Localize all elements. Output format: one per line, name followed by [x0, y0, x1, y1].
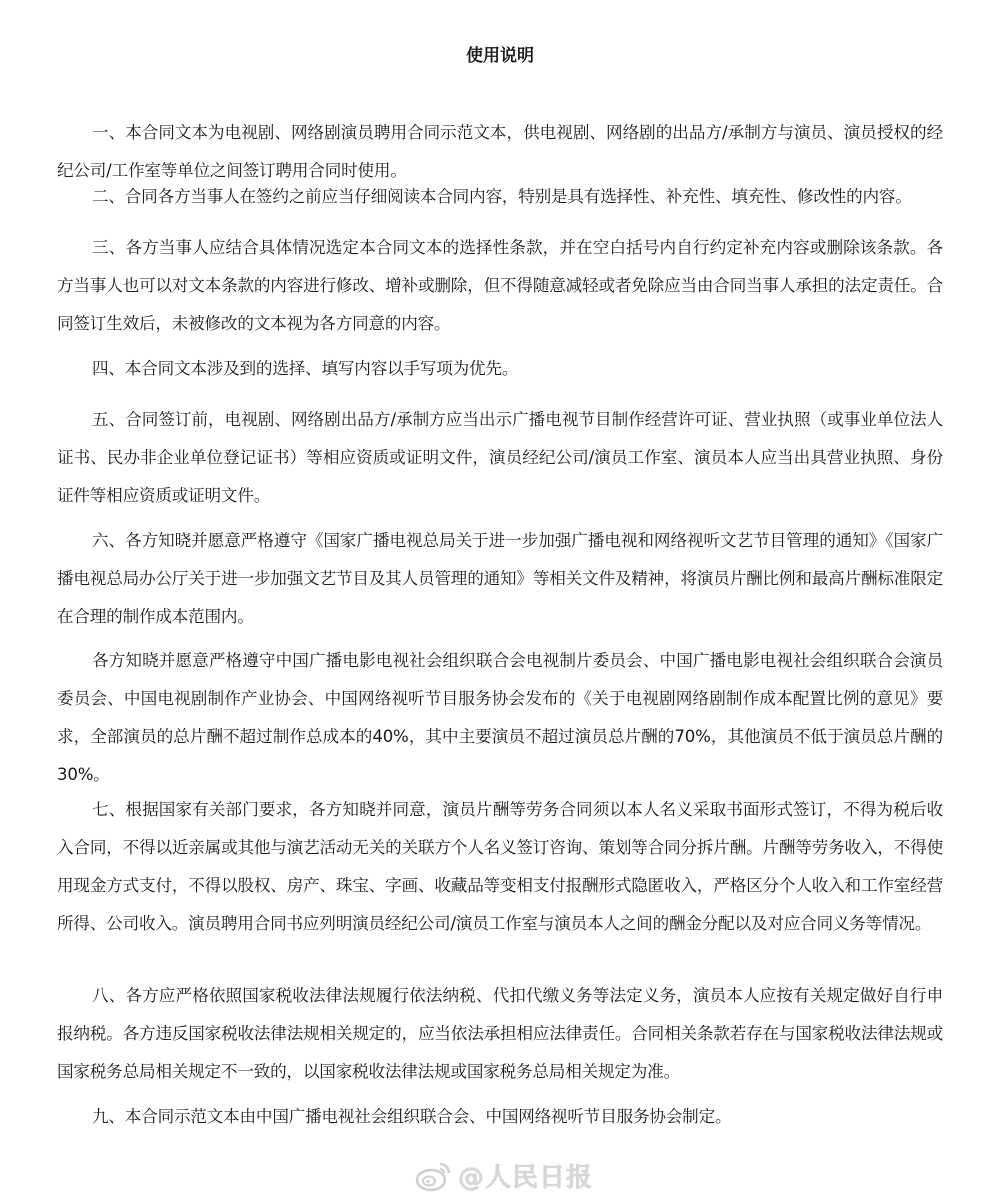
document-title: 使用说明: [57, 44, 943, 68]
paragraph-8: 八、各方应严格依照国家税收法律法规履行依法纳税、代扣代缴义务等法定义务，演员本人…: [57, 977, 943, 1091]
paragraph-3: 三、各方当事人应结合具体情况选定本合同文本的选择性条款，并在空白括号内自行约定补…: [57, 229, 943, 343]
paragraph-5: 五、合同签订前，电视剧、网络剧出品方/承制方应当出示广播电视节目制作经营许可证、…: [57, 401, 943, 515]
weibo-icon: [414, 1158, 454, 1192]
watermark-text: @人民日报: [458, 1157, 593, 1194]
watermark: @人民日报: [414, 1155, 593, 1195]
paragraph-4: 四、本合同文本涉及到的选择、填写内容以手写项为优先。: [57, 350, 943, 388]
paragraph-9: 九、本合同示范文本由中国广播电视社会组织联合会、中国网络视听节目服务协会制定。: [57, 1098, 943, 1136]
paragraph-6: 六、各方知晓并愿意严格遵守《国家广播电视总局关于进一步加强广播电视和网络视听文艺…: [57, 522, 943, 636]
paragraph-7: 七、根据国家有关部门要求，各方知晓并同意，演员片酬等劳务合同须以本人名义采取书面…: [57, 791, 943, 943]
paragraph-2: 二、合同各方当事人在签约之前应当仔细阅读本合同内容，特别是具有选择性、补充性、填…: [57, 178, 943, 216]
paragraph-6-continued: 各方知晓并愿意严格遵守中国广播电影电视社会组织联合会电视制片委员会、中国广播电影…: [57, 642, 943, 794]
